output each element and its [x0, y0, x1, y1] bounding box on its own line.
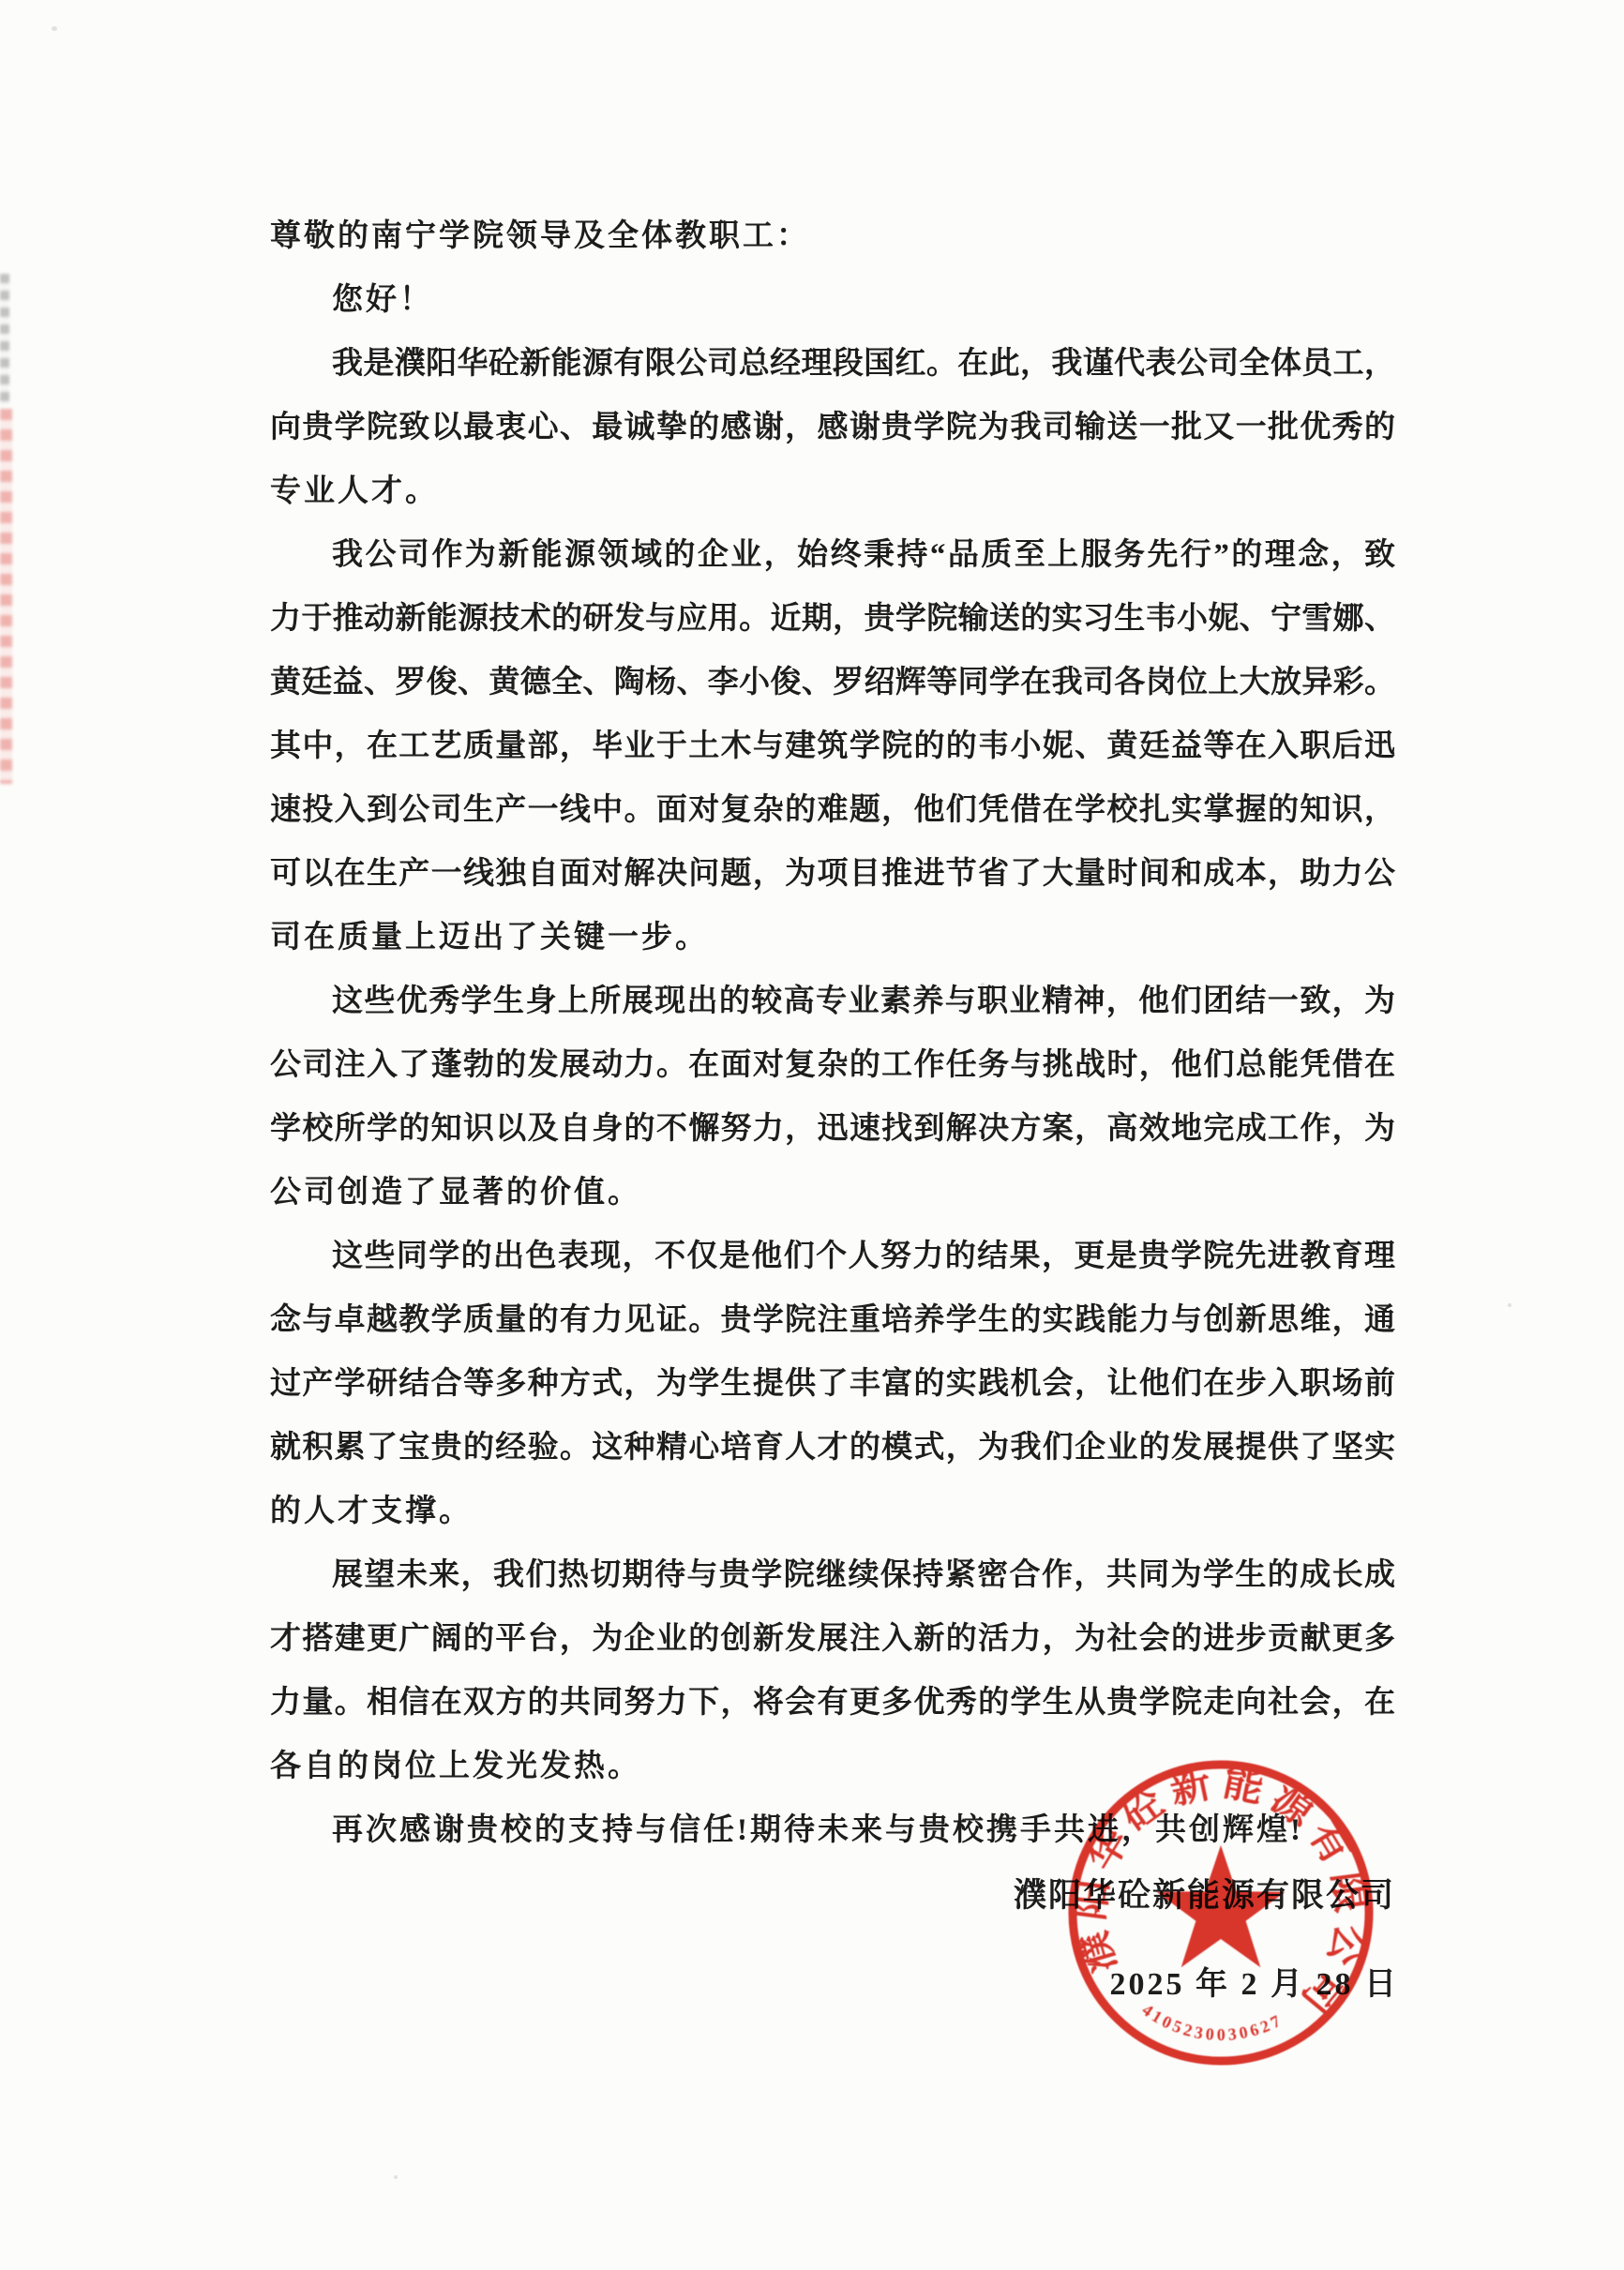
letter-line: 公司创造了显著的价值。 — [270, 1161, 1395, 1225]
scan-speck — [52, 26, 57, 31]
letter-line: 向贵学院致以最衷心、最诚挚的感谢，感谢贵学院为我司输送一批又一批优秀的 — [270, 396, 1395, 459]
letter-line: 我是濮阳华砼新能源有限公司总经理段国红。在此，我谨代表公司全体员工， — [270, 332, 1395, 396]
letter-line: 就积累了宝贵的经验。这种精心培育人才的模式，为我们企业的发展提供了坚实 — [270, 1416, 1395, 1480]
scan-speck — [394, 2175, 398, 2179]
letter-line: 黄廷益、罗俊、黄德全、陶杨、李小俊、罗绍辉等同学在我司各岗位上大放异彩。 — [270, 651, 1395, 714]
letter-line: 力于推动新能源技术的研发与应用。近期，贵学院输送的实习生韦小妮、宁雪娜、 — [270, 587, 1395, 651]
scan-speck — [1508, 1303, 1511, 1307]
letter-line: 速投入到公司生产一线中。面对复杂的难题，他们凭借在学校扎实掌握的知识， — [270, 778, 1395, 842]
scanned-letter-page: 尊敬的南宁学院领导及全体教职工： 您好！ 我是濮阳华砼新能源有限公司总经理段国红… — [0, 0, 1624, 2270]
letter-line: 才搭建更广阔的平台，为企业的创新发展注入新的活力，为社会的进步贡献更多 — [270, 1607, 1395, 1671]
letter-line: 司在质量上迈出了关键一步。 — [270, 906, 1395, 970]
seal-star-icon — [1157, 1845, 1286, 1967]
scan-edge-artifact-dark — [0, 274, 9, 405]
letter-line: 的人才支撑。 — [270, 1480, 1395, 1543]
letter-line: 公司注入了蓬勃的发展动力。在面对复杂的工作任务与挑战时，他们总能凭借在 — [270, 1033, 1395, 1097]
letter-line: 力量。相信在双方的共同努力下，将会有更多优秀的学生从贵学院走向社会，在 — [270, 1671, 1395, 1735]
letter-line: 过产学研结合等多种方式，为学生提供了丰富的实践机会，让他们在步入职场前 — [270, 1352, 1395, 1416]
letter-line: 可以在生产一线独自面对解决问题，为项目推进节省了大量时间和成本，助力公 — [270, 842, 1395, 906]
letter-line: 专业人才。 — [270, 459, 1395, 523]
scan-edge-artifact-red — [0, 409, 12, 784]
letter-line: 这些优秀学生身上所展现出的较高专业素养与职业精神，他们团结一致，为 — [270, 970, 1395, 1033]
letter-line: 念与卓越教学质量的有力见证。贵学院注重培养学生的实践能力与创新思维，通 — [270, 1288, 1395, 1352]
letter-line: 我公司作为新能源领域的企业，始终秉持“品质至上服务先行”的理念，致 — [270, 523, 1395, 587]
letter-body: 尊敬的南宁学院领导及全体教职工： 您好！ 我是濮阳华砼新能源有限公司总经理段国红… — [270, 204, 1395, 1862]
salutation: 尊敬的南宁学院领导及全体教职工： — [270, 204, 1395, 268]
letter-line: 展望未来，我们热切期待与贵学院继续保持紧密合作，共同为学生的成长成 — [270, 1543, 1395, 1607]
letter-line: 这些同学的出色表现，不仅是他们个人努力的结果，更是贵学院先进教育理 — [270, 1225, 1395, 1288]
company-seal: 濮阳华砼新能源有限公司 4105230030627 — [1058, 1750, 1384, 2076]
seal-serial-number: 4105230030627 — [1139, 2000, 1286, 2044]
letter-line: 学校所学的知识以及自身的不懈努力，迅速找到解决方案，高效地完成工作，为 — [270, 1097, 1395, 1161]
greeting: 您好！ — [270, 268, 1395, 332]
letter-line: 其中，在工艺质量部，毕业于土木与建筑学院的的韦小妮、黄廷益等在入职后迅 — [270, 714, 1395, 778]
